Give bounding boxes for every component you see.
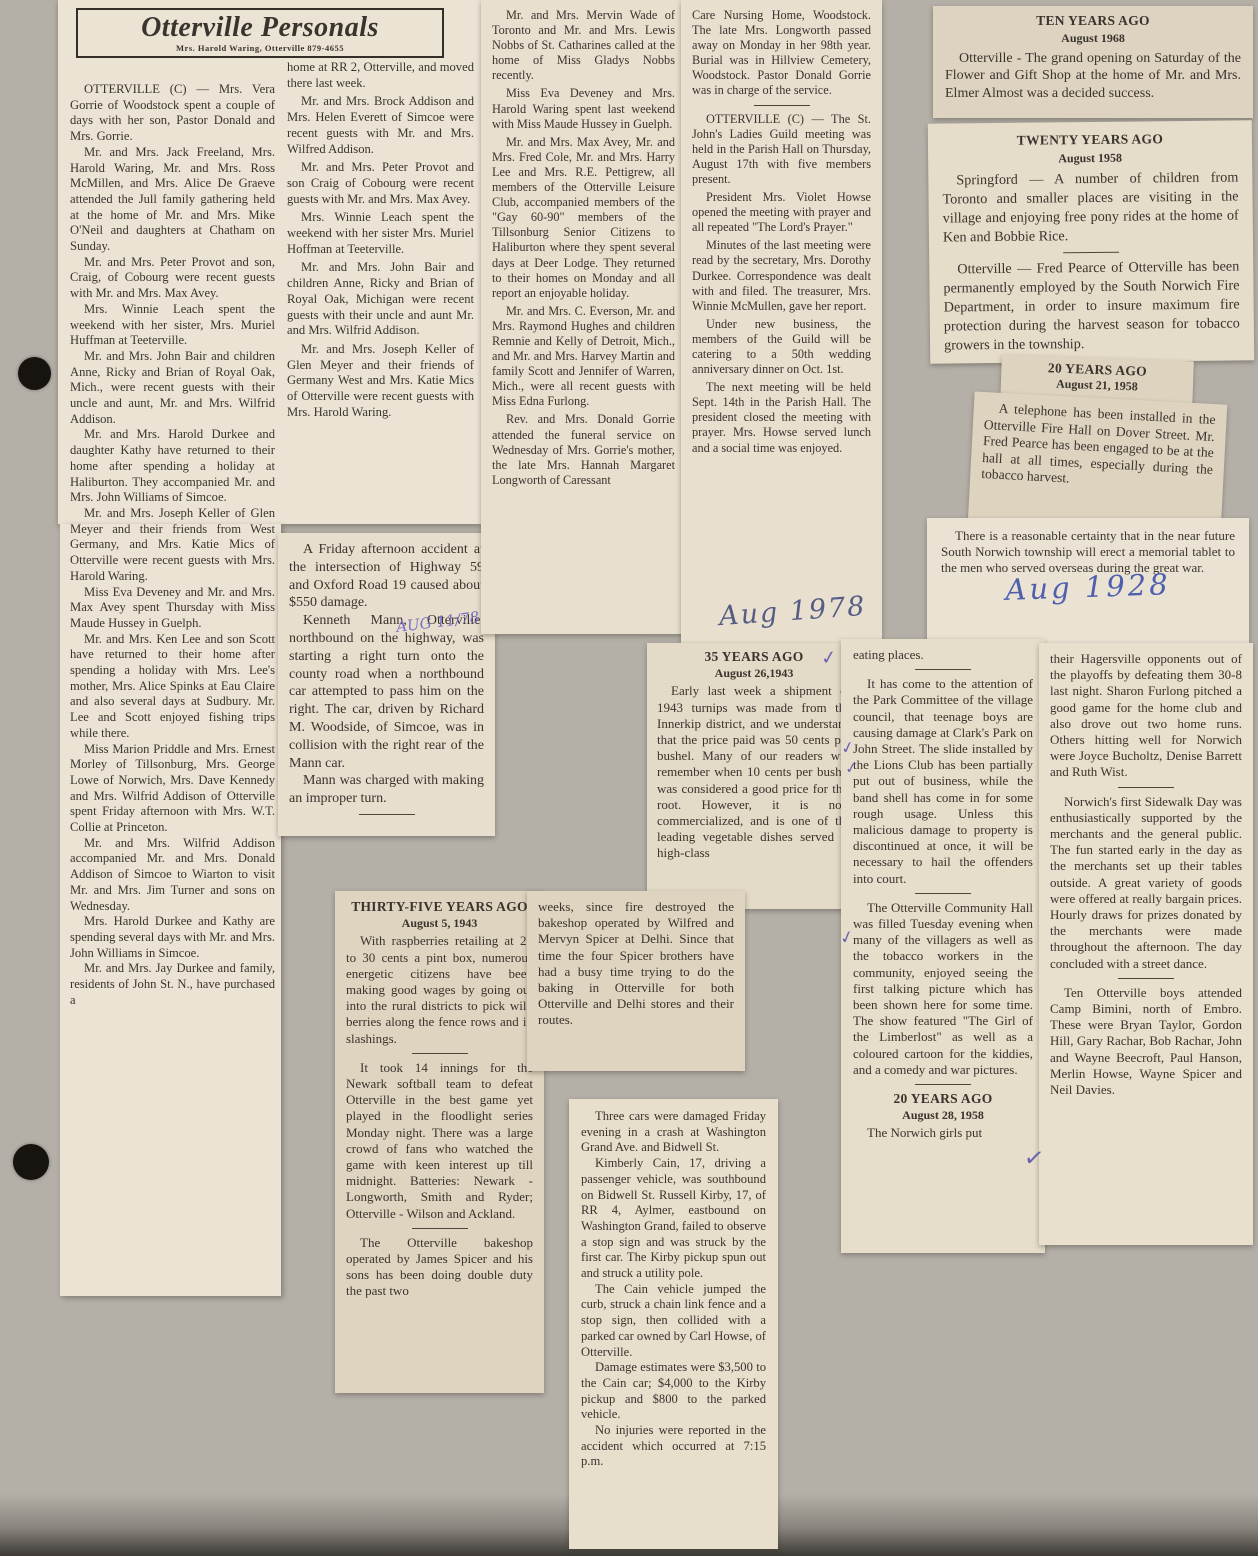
paragraph: Damage estimates were $3,500 to the Cain… [581, 1360, 766, 1423]
paragraph: It has come to the attention of the Park… [853, 676, 1033, 887]
masthead-subtitle: Mrs. Harold Waring, Otterville 879-4655 [78, 43, 442, 53]
paragraph: Mr. and Mrs. C. Everson, Mr. and Mrs. Ra… [492, 304, 675, 410]
paragraph: Three cars were damaged Friday evening i… [581, 1109, 766, 1156]
paragraph: OTTERVILLE (C) — The St. John's Ladies G… [692, 112, 871, 187]
paragraph: Norwich's first Sidewalk Day was enthusi… [1050, 794, 1242, 972]
clipping-bakeshop-continuation: weeks, since fire destroyed the bakeshop… [527, 891, 745, 1071]
handwritten-checkmark: ✓ [1022, 1143, 1045, 1174]
subhead-title: 20 YEARS AGO [853, 1091, 1033, 1107]
ten-years-text: Otterville - The grand opening on Saturd… [945, 50, 1241, 103]
paragraph: Minutes of the last meeting were read by… [692, 238, 871, 313]
divider-rule [915, 669, 971, 670]
clipping-date: August 1968 [945, 30, 1241, 48]
paragraph: OTTERVILLE (C) — Mrs. Vera Gorrie of Woo… [70, 82, 275, 145]
paragraph: Mr. and Mrs. Peter Provot and son, Craig… [70, 255, 275, 302]
turnips-text: Early last week a shipment of 1943 turni… [657, 683, 851, 861]
paragraph: Mr. and Mrs. Mervin Wade of Toronto and … [492, 8, 675, 83]
paragraph: No injuries were reported in the acciden… [581, 1423, 766, 1470]
paragraph: Mr. and Mrs. Ken Lee and son Scott have … [70, 632, 275, 742]
paragraph: Mr. and Mrs. Max Avey, Mr. and Mrs. Fred… [492, 135, 675, 301]
village-news-text: eating places.It has come to the attenti… [853, 647, 1033, 1085]
divider-rule [915, 893, 971, 894]
divider-rule [1118, 787, 1174, 788]
clipping-telephone-body: A telephone has been installed in the Ot… [968, 391, 1228, 536]
paragraph: The next meeting will be held Sept. 14th… [692, 380, 871, 455]
clipping-35-years-left: 35 YEARS AGO August 26,1943 Early last w… [647, 643, 861, 909]
masthead: Otterville Personals Mrs. Harold Waring,… [76, 8, 444, 58]
paragraph: A Friday afternoon accident at the inter… [289, 541, 484, 612]
telephone-text: A telephone has been installed in the Ot… [981, 400, 1216, 495]
divider-rule [915, 1084, 971, 1085]
norwich-girls-text: The Norwich girls put [853, 1125, 1033, 1141]
paragraph: Mr. and Mrs. Brock Addison and Mrs. Hele… [287, 94, 474, 157]
clipping-social-column-4: Care Nursing Home, Woodstock. The late M… [681, 0, 882, 654]
paragraph: The Otterville bakeshop operated by Jame… [346, 1235, 533, 1300]
bakeshop-text: weeks, since fire destroyed the bakeshop… [527, 891, 745, 1037]
paragraph: Mr. and Mrs. John Bair and children Anne… [287, 260, 474, 339]
paragraph: Otterville — Fred Pearce of Otterville h… [943, 257, 1240, 355]
clipping-date: August 5, 1943 [346, 915, 533, 931]
paragraph: Mr. and Mrs. Harold Durkee and daughter … [70, 427, 275, 506]
twenty-years-text: Springford — A number of children from T… [942, 168, 1240, 355]
clipping-title: TEN YEARS AGO [945, 12, 1241, 30]
personals-column-1: OTTERVILLE (C) — Mrs. Vera Gorrie of Woo… [70, 82, 275, 1008]
clipping-twenty-years-ago: TWENTY YEARS AGO August 1958 Springford … [928, 120, 1254, 363]
paragraph: Kimberly Cain, 17, driving a passenger v… [581, 1156, 766, 1282]
paragraph: Under new business, the members of the G… [692, 317, 871, 377]
social-column-4-text: Care Nursing Home, Woodstock. The late M… [681, 0, 882, 464]
paragraph: their Hagersville opponents out of the p… [1050, 651, 1242, 781]
divider-rule [754, 105, 810, 106]
handwritten-checkmark: ✓ [820, 646, 839, 670]
paragraph: The Otterville Community Hall was filled… [853, 900, 1033, 1078]
paragraph: Miss Eva Deveney and Mr. and Mrs. Max Av… [70, 585, 275, 632]
clipping-date: August 1958 [942, 147, 1238, 169]
paragraph: It took 14 innings for the Newark softba… [346, 1060, 533, 1222]
clipping-crash: Three cars were damaged Friday evening i… [569, 1099, 778, 1549]
handwritten-date: Aug 1978 [718, 591, 867, 632]
clipping-memorial: There is a reasonable certainty that in … [927, 518, 1249, 644]
paragraph: Mann was charged with making an improper… [289, 772, 484, 808]
subhead-date: August 28, 1958 [853, 1107, 1033, 1123]
hole-punch-top [18, 357, 51, 390]
hole-punch-bottom [13, 1144, 49, 1180]
paragraph: eating places. [853, 647, 1033, 663]
paragraph: Ten Otterville boys attended Camp Bimini… [1050, 985, 1242, 1098]
clipping-sports-column: their Hagersville opponents out of the p… [1039, 643, 1253, 1245]
masthead-title: Otterville Personals [78, 12, 442, 44]
divider-rule [1063, 252, 1119, 254]
clipping-social-column-3: Mr. and Mrs. Mervin Wade of Toronto and … [481, 0, 686, 634]
divider-rule [412, 1228, 468, 1229]
handwritten-date: Aug 1928 [941, 573, 1235, 599]
divider-rule [1118, 978, 1174, 979]
raspberries-text: With raspberries retailing at 28 to 30 c… [346, 933, 533, 1299]
paragraph: President Mrs. Violet Howse opened the m… [692, 190, 871, 235]
scrapbook-page: Otterville Personals Mrs. Harold Waring,… [0, 0, 1258, 1556]
personals-column-2: home at RR 2, Otterville, and moved ther… [287, 60, 474, 420]
clipping-thirty-five-years-ago: THIRTY-FIVE YEARS AGO August 5, 1943 Wit… [335, 891, 544, 1393]
paragraph: Mrs. Winnie Leach spent the weekend with… [70, 302, 275, 349]
paragraph: The Cain vehicle jumped the curb, struck… [581, 1282, 766, 1361]
divider-rule [359, 814, 415, 815]
sports-text: their Hagersville opponents out of the p… [1039, 643, 1253, 1106]
paragraph: With raspberries retailing at 28 to 30 c… [346, 933, 533, 1046]
clipping-35-years-right: eating places.It has come to the attenti… [841, 639, 1045, 1253]
paragraph: Mr. and Mrs. Joseph Keller of Glen Meyer… [287, 342, 474, 421]
paragraph: Mrs. Harold Durkee and Kathy are spendin… [70, 914, 275, 961]
paragraph: Kenneth Mann, Otterville, northbound on … [289, 612, 484, 772]
accident-text: A Friday afternoon accident at the inter… [278, 533, 495, 829]
paragraph: Rev. and Mrs. Donald Gorrie attended the… [492, 412, 675, 487]
paragraph: Mr. and Mrs. John Bair and children Anne… [70, 349, 275, 428]
paragraph: Mrs. Winnie Leach spent the weekend with… [287, 210, 474, 257]
paragraph: Otterville - The grand opening on Saturd… [945, 50, 1241, 103]
clipping-accident: A Friday afternoon accident at the inter… [278, 533, 495, 836]
clipping-title: THIRTY-FIVE YEARS AGO [346, 899, 533, 915]
paragraph: Springford — A number of children from T… [942, 168, 1239, 247]
paragraph: Mr. and Mrs. Wilfrid Addison accompanied… [70, 836, 275, 915]
crash-text: Three cars were damaged Friday evening i… [569, 1099, 778, 1480]
paragraph: Miss Marion Priddle and Mrs. Ernest Morl… [70, 742, 275, 836]
paragraph: Mr. and Mrs. Jack Freeland, Mrs. Harold … [70, 145, 275, 255]
divider-rule [412, 1053, 468, 1054]
paragraph: Early last week a shipment of 1943 turni… [657, 683, 851, 861]
paragraph: Mr. and Mrs. Jay Durkee and family, resi… [70, 961, 275, 1008]
paragraph: Mr. and Mrs. Peter Provot and son Craig … [287, 160, 474, 207]
social-column-3-text: Mr. and Mrs. Mervin Wade of Toronto and … [481, 0, 686, 496]
paragraph: home at RR 2, Otterville, and moved ther… [287, 60, 474, 91]
paragraph: weeks, since fire destroyed the bakeshop… [538, 899, 734, 1029]
paragraph: Care Nursing Home, Woodstock. The late M… [692, 8, 871, 99]
clipping-ten-years-ago: TEN YEARS AGO August 1968 Otterville - T… [933, 6, 1253, 118]
paragraph: Miss Eva Deveney and Mrs. Harold Waring … [492, 86, 675, 131]
paragraph: Mr. and Mrs. Joseph Keller of Glen Meyer… [70, 506, 275, 585]
